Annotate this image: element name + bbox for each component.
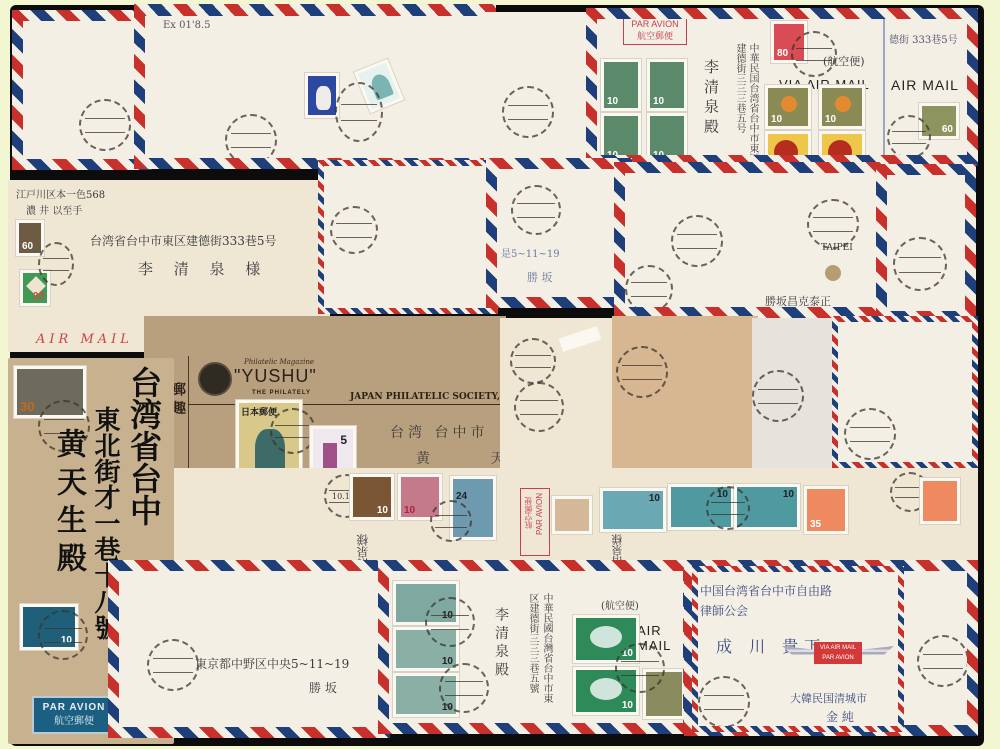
postmark-taipei [807,199,859,249]
via-air-mail-label: VIA AIR MAIL PAR AVION [814,642,862,664]
recipient-address: 中華民國台灣省台中市東区建德街三三三巷五號 [525,593,553,711]
handwritten-airmail-note: (航空便) [823,53,865,69]
envelope-top-center: Ex 01'8.5 [134,4,496,169]
recipient-address: 中華民国台湾省台中市東区建德街三三三巷五号 [733,43,759,163]
recipient-address: 中国台湾省台中市自由路 [700,582,832,599]
postmark [439,663,489,713]
stamp-green-bridge: 10 [647,59,687,111]
envelope-top-right: PAR AVION 航空郵便 10 10 10 10 李 清 泉 殿 中華民国台… [586,8,978,166]
wing-right-icon [862,646,894,658]
envelope-row4-c [886,468,978,562]
stamp-green-bridge: 10 [601,59,641,111]
sender-name: 勝 坂 [527,269,553,285]
recipient-name: 李 清 泉 様 [138,258,268,279]
air-mail-text: AIR MAIL [891,77,959,93]
stamp-orange-bird [920,478,960,524]
postmark [147,639,199,691]
envelope-top-left [12,10,152,170]
sender-name: 勝 坂 [309,679,337,696]
stamp-green-bridge: 10 [647,113,687,165]
postmark [616,346,668,398]
par-avion-label: PAR AVION 航空郵便 [623,17,687,45]
stamp-brown-statue: 60 [16,220,44,256]
sender-name: 濃 井 以至手 [26,202,82,217]
air-mail-handwritten: AIR MAIL [36,332,133,347]
postmark [893,237,947,291]
postmark [38,610,88,660]
sender-address: 江戸川区本一色568 [16,186,105,201]
recipient-address: 台湾省台中 [126,366,162,526]
envelope-row4-b: PAR AVION 航空郵便 10 10 10 35 李清泉様 [500,468,894,564]
envelope-middle-center [318,160,498,314]
sender-address: 大韓民国清城市 [790,690,867,706]
recipient-name: 黄天生殿 [46,428,90,580]
postmark [225,114,277,166]
envelope-bottom-right: 中国台湾省台中市自由路 律師公会 成 川 貴下 VIA AIR MAIL PAR… [692,566,904,732]
stamp-rotary: 10 [819,85,865,129]
stain [825,265,841,281]
stamp-orange-bird: 35 [804,486,848,534]
society-name: JAPAN PHILATELIC SOCIETY, Inc. [350,392,506,402]
sender-address: 東京都中野区中央5~11~19 [195,655,349,672]
envelope-yushu: 郵 趣 Philatelic Magazine "YUSHU" THE PHIL… [144,316,506,474]
par-avion-label: PAR AVION 航空郵便 [32,696,116,734]
postmark [917,635,969,687]
handwritten-airmail-note: (航空便) [601,597,639,612]
stamp-coast: 10 [600,488,666,532]
postmark [79,99,131,151]
postmark [38,242,74,286]
postmark [330,206,378,254]
stamp-sport: 5 [310,426,356,474]
stamp-globe: 10 [765,131,811,166]
recipient-address-2: 律師公会 [700,602,748,619]
envelope-row4-a: 10.10.0 10 10 24 李清泉様 [174,468,504,564]
postmark [752,370,804,422]
postmark [502,86,554,138]
magazine-small-title: Philatelic Magazine [244,358,314,366]
postmark [510,338,556,384]
postmark-taipei [514,382,564,432]
postmark [706,486,750,530]
stamp-globe: 10 [819,131,865,166]
postmark [698,676,750,728]
society-seal-icon [198,362,232,396]
postmark-nakano-japan [887,115,931,159]
postmark-city: TAIPEI [821,243,853,253]
envelope-collage: Ex 01'8.5 PAR AVION 航空郵便 10 10 10 10 李 清… [8,4,980,744]
recipient-address: 台湾 台中市 [390,422,488,442]
postmark [615,643,665,693]
magazine-title: "YUSHU" [234,366,317,387]
envelope-row3-d [832,316,978,468]
envelope-bottom-middle: 10 10 10 李 清 泉 殿 中華民國台灣省台中市東区建德街三三三巷五號 (… [378,560,694,734]
sender-name: 金 純 [826,708,854,725]
stamp-rotary: 10 [765,85,811,129]
postmark [430,500,472,542]
envelope-edge [883,8,885,166]
envelope-middle-b: TAIPEI 勝坂昌克泰正 [614,162,888,318]
recipient-name: 黄 天 [416,448,506,468]
postmark [335,82,383,142]
postmark [844,408,896,460]
envelope-middle-a: 是5~11~19 勝 坂 [486,158,632,308]
envelope-middle-c [876,164,976,322]
stamp-portrait: 10 [350,474,394,520]
par-avion-label: PAR AVION 航空郵便 [520,488,550,556]
postmark [671,215,723,267]
postmark [511,185,561,235]
label-sticker [559,326,601,352]
postmark [625,265,673,313]
back-note: 勝坂昌克泰正 [765,293,831,309]
handwritten-side-note: 德街 333巷5号 [889,31,958,46]
handwritten-side-note: 是5~11~19 [501,245,560,260]
envelope-row3-c [752,318,836,468]
postmark [425,597,475,647]
magazine-subtitle: THE PHILATELY [252,390,311,396]
recipient-name: 李 清 泉 殿 [701,59,722,133]
stamp-dancer [552,496,592,534]
recipient-name: 李 清 泉 殿 [491,607,511,676]
stamp-vase [305,73,339,118]
envelope-row3-a [500,318,618,470]
recipient-address: 台湾省台中市東区建德街333巷5号 [90,232,277,249]
envelope-row3-b [612,316,758,468]
handwritten-note: Ex 01'8.5 [163,20,211,31]
envelope-bottom-left: 東京都中野区中央5~11~19 勝 坂 [108,560,390,738]
